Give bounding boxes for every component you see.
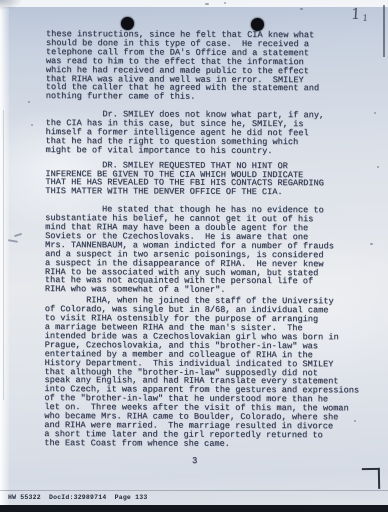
scan-corner-smudge (0, 0, 34, 16)
scan-edge-line (383, 5, 385, 57)
page-top-edge (0, 0, 388, 7)
noise-speck (354, 420, 356, 422)
paragraph: these instructions, since he felt that C… (46, 30, 376, 103)
noise-speck (8, 239, 18, 242)
document-body-text: these instructions, since he felt that C… (44, 30, 376, 449)
noise-speck (205, 3, 209, 5)
page-left-edge (0, 0, 9, 512)
paragraph: DR. SMILEY REQUESTED THAT NO HINT OR INF… (45, 161, 375, 198)
noise-speck (28, 101, 30, 103)
paragraph: He stated that though he has no evidence… (45, 205, 375, 296)
scan-bottom-bar (0, 505, 388, 512)
noise-speck (300, 8, 303, 10)
noise-speck (224, 2, 226, 4)
paragraph: RIHA, when he joined the staff of the Un… (44, 296, 375, 449)
noise-speck (14, 233, 22, 237)
stamp-corner-bracket (362, 468, 380, 489)
document-page-background: 11 these instructions, since he felt tha… (0, 0, 388, 512)
paragraphs: these instructions, since he felt that C… (44, 30, 376, 449)
noise-speck (377, 166, 379, 168)
paragraph: Dr. SMILEY does not know what part, if a… (45, 110, 375, 156)
hole-punch-icon (121, 17, 134, 30)
noise-speck (370, 243, 373, 245)
handwritten-corner-mark: 11 (350, 5, 371, 24)
noise-speck (31, 124, 33, 126)
scan-edge-line (3, 110, 4, 400)
noise-speck (374, 112, 376, 114)
page-number: 3 (192, 456, 197, 466)
scanned-page: { "document": { "corner_mark": "1", "cor… (0, 0, 388, 512)
archive-footer: HW 55322 DocId:32989714 Page 133 (8, 494, 147, 501)
footer-divider (0, 490, 388, 491)
